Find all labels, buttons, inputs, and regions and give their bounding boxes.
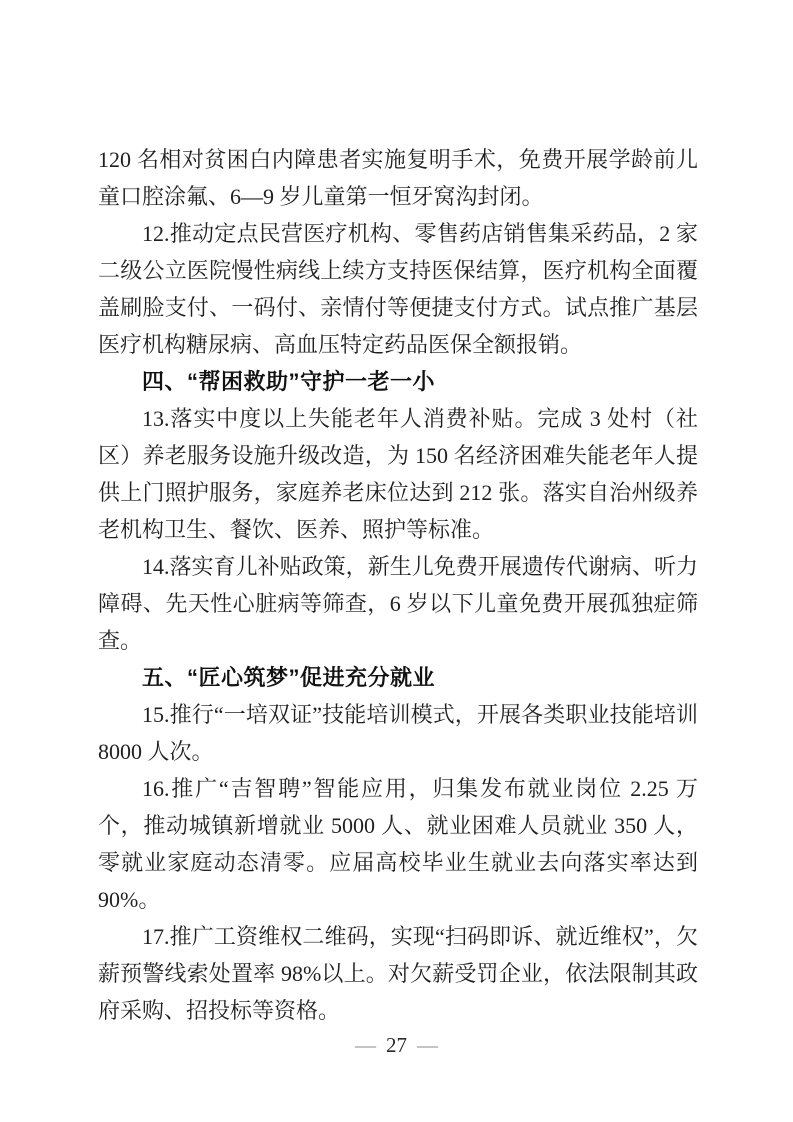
document-body: 120 名相对贫困白内障患者实施复明手术，免费开展学龄前儿童口腔涂氟、6—9 岁…	[98, 141, 698, 1029]
footer-dash-left: —	[355, 1033, 376, 1057]
paragraph-16: 16.推广“吉智聘”智能应用，归集发布就业岗位 2.25 万个，推动城镇新增就业…	[98, 770, 698, 918]
heading-section-4: 四、“帮困救助”守护一老一小	[98, 363, 698, 400]
paragraph-continuation: 120 名相对贫困白内障患者实施复明手术，免费开展学龄前儿童口腔涂氟、6—9 岁…	[98, 141, 698, 215]
paragraph-14: 14.落实育儿补贴政策，新生儿免费开展遗传代谢病、听力障碍、先天性心脏病等筛查，…	[98, 548, 698, 659]
paragraph-17: 17.推广工资维权二维码，实现“扫码即诉、就近维权”，欠薪预警线索处置率 98%…	[98, 918, 698, 1029]
footer-dash-right: —	[417, 1033, 438, 1057]
page-footer: —27—	[0, 1031, 793, 1059]
heading-section-5: 五、“匠心筑梦”促进充分就业	[98, 659, 698, 696]
paragraph-12: 12.推动定点民营医疗机构、零售药店销售集采药品，2 家二级公立医院慢性病线上续…	[98, 215, 698, 363]
document-page: 120 名相对贫困白内障患者实施复明手术，免费开展学龄前儿童口腔涂氟、6—9 岁…	[0, 0, 793, 1122]
paragraph-15: 15.推行“一培双证”技能培训模式，开展各类职业技能培训 8000 人次。	[98, 696, 698, 770]
page-number: 27	[386, 1033, 407, 1057]
paragraph-13: 13.落实中度以上失能老年人消费补贴。完成 3 处村（社区）养老服务设施升级改造…	[98, 400, 698, 548]
